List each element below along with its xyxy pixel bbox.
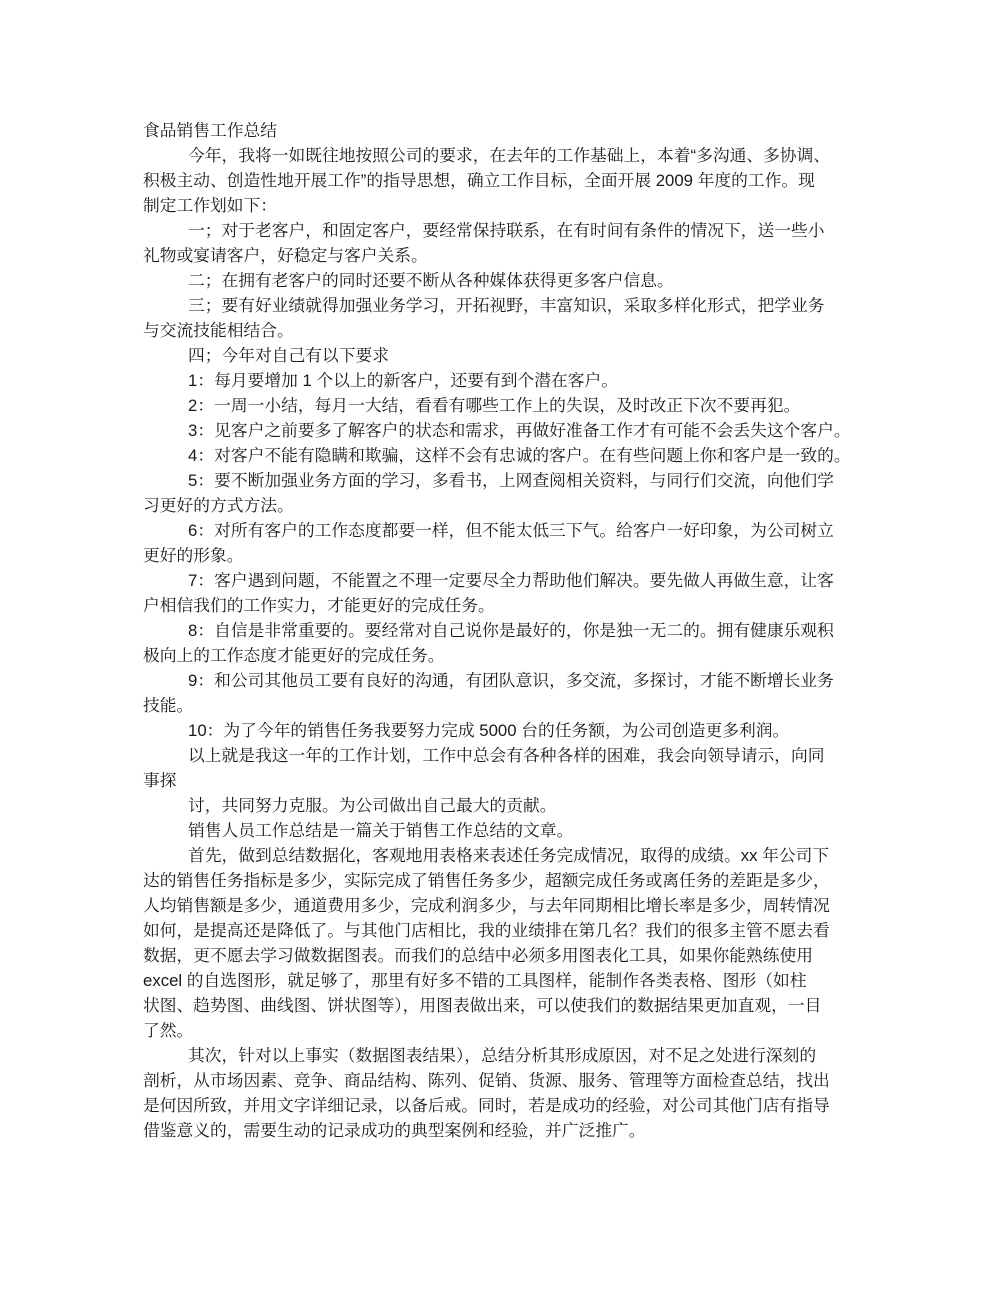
text-line: 7：客户遇到问题，不能置之不理一定要尽全力帮助他们解决。要先做人再做生意，让客	[143, 568, 873, 593]
text-line: 是何因所致，并用文字详细记录，以备后戒。同时，若是成功的经验，对公司其他门店有指…	[143, 1093, 873, 1118]
text-line: 四；今年对自己有以下要求	[143, 343, 873, 368]
text-line: 达的销售任务指标是多少，实际完成了销售任务多少，超额完成任务或离任务的差距是多少…	[143, 868, 873, 893]
text-line: 1：每月要增加 1 个以上的新客户，还要有到个潜在客户。	[143, 368, 873, 393]
text-line: 礼物或宴请客户，好稳定与客户关系。	[143, 243, 873, 268]
text-line: 人均销售额是多少，通道费用多少，完成利润多少，与去年同期相比增长率是多少，周转情…	[143, 893, 873, 918]
text-line: 讨，共同努力克服。为公司做出自己最大的贡献。	[143, 793, 873, 818]
text-line: 3：见客户之前要多了解客户的状态和需求，再做好准备工作才有可能不会丢失这个客户。	[143, 418, 873, 443]
text-line: 借鉴意义的，需要生动的记录成功的典型案例和经验，并广泛推广。	[143, 1118, 873, 1143]
text-line: 销售人员工作总结是一篇关于销售工作总结的文章。	[143, 818, 873, 843]
text-line: 剖析，从市场因素、竞争、商品结构、陈列、促销、货源、服务、管理等方面检查总结，找…	[143, 1068, 873, 1093]
document-title: 食品销售工作总结	[143, 118, 873, 143]
text-line: 一；对于老客户，和固定客户，要经常保持联系，在有时间有条件的情况下，送一些小	[143, 218, 873, 243]
text-line: 状图、趋势图、曲线图、饼状图等），用图表做出来，可以使我们的数据结果更加直观，一…	[143, 993, 873, 1018]
text-line: 8：自信是非常重要的。要经常对自己说你是最好的，你是独一无二的。拥有健康乐观积	[143, 618, 873, 643]
text-line: 更好的形象。	[143, 543, 873, 568]
text-line: 户相信我们的工作实力，才能更好的完成任务。	[143, 593, 873, 618]
text-line: 4：对客户不能有隐瞒和欺骗，这样不会有忠诚的客户。在有些问题上你和客户是一致的。	[143, 443, 873, 468]
text-line: 极向上的工作态度才能更好的完成任务。	[143, 643, 873, 668]
text-line: 6：对所有客户的工作态度都要一样，但不能太低三下气。给客户一好印象，为公司树立	[143, 518, 873, 543]
text-line: 了然。	[143, 1018, 873, 1043]
text-line: 技能。	[143, 693, 873, 718]
text-line: 事探	[143, 768, 873, 793]
text-line: 其次，针对以上事实（数据图表结果），总结分析其形成原因，对不足之处进行深刻的	[143, 1043, 873, 1068]
text-line: 10：为了今年的销售任务我要努力完成 5000 台的任务额，为公司创造更多利润。	[143, 718, 873, 743]
text-line: 习更好的方式方法。	[143, 493, 873, 518]
text-line: excel 的自选图形，就足够了，那里有好多不错的工具图样，能制作各类表格、图形…	[143, 968, 873, 993]
text-line: 积极主动、创造性地开展工作”的指导思想，确立工作目标，全面开展 2009 年度的…	[143, 168, 873, 193]
text-line: 二；在拥有老客户的同时还要不断从各种媒体获得更多客户信息。	[143, 268, 873, 293]
text-line: 制定工作划如下：	[143, 193, 873, 218]
text-line: 9：和公司其他员工要有良好的沟通，有团队意识，多交流，多探讨，才能不断增长业务	[143, 668, 873, 693]
document-body: 食品销售工作总结 今年，我将一如既往地按照公司的要求，在去年的工作基础上，本着“…	[143, 118, 873, 1143]
text-line: 首先，做到总结数据化，客观地用表格来表述任务完成情况，取得的成绩。xx 年公司下	[143, 843, 873, 868]
text-line: 数据，更不愿去学习做数据图表。而我们的总结中必须多用图表化工具，如果你能熟练使用	[143, 943, 873, 968]
document-page: 食品销售工作总结 今年，我将一如既往地按照公司的要求，在去年的工作基础上，本着“…	[0, 0, 1000, 1295]
text-line: 如何，是提高还是降低了。与其他门店相比，我的业绩排在第几名？我们的很多主管不愿去…	[143, 918, 873, 943]
text-line: 今年，我将一如既往地按照公司的要求，在去年的工作基础上，本着“多沟通、多协调、	[143, 143, 873, 168]
text-line: 三；要有好业绩就得加强业务学习，开拓视野，丰富知识，采取多样化形式，把学业务	[143, 293, 873, 318]
text-line: 2：一周一小结，每月一大结，看看有哪些工作上的失误，及时改正下次不要再犯。	[143, 393, 873, 418]
text-line: 5：要不断加强业务方面的学习，多看书，上网查阅相关资料，与同行们交流，向他们学	[143, 468, 873, 493]
text-line: 以上就是我这一年的工作计划，工作中总会有各种各样的困难，我会向领导请示，向同	[143, 743, 873, 768]
text-line: 与交流技能相结合。	[143, 318, 873, 343]
